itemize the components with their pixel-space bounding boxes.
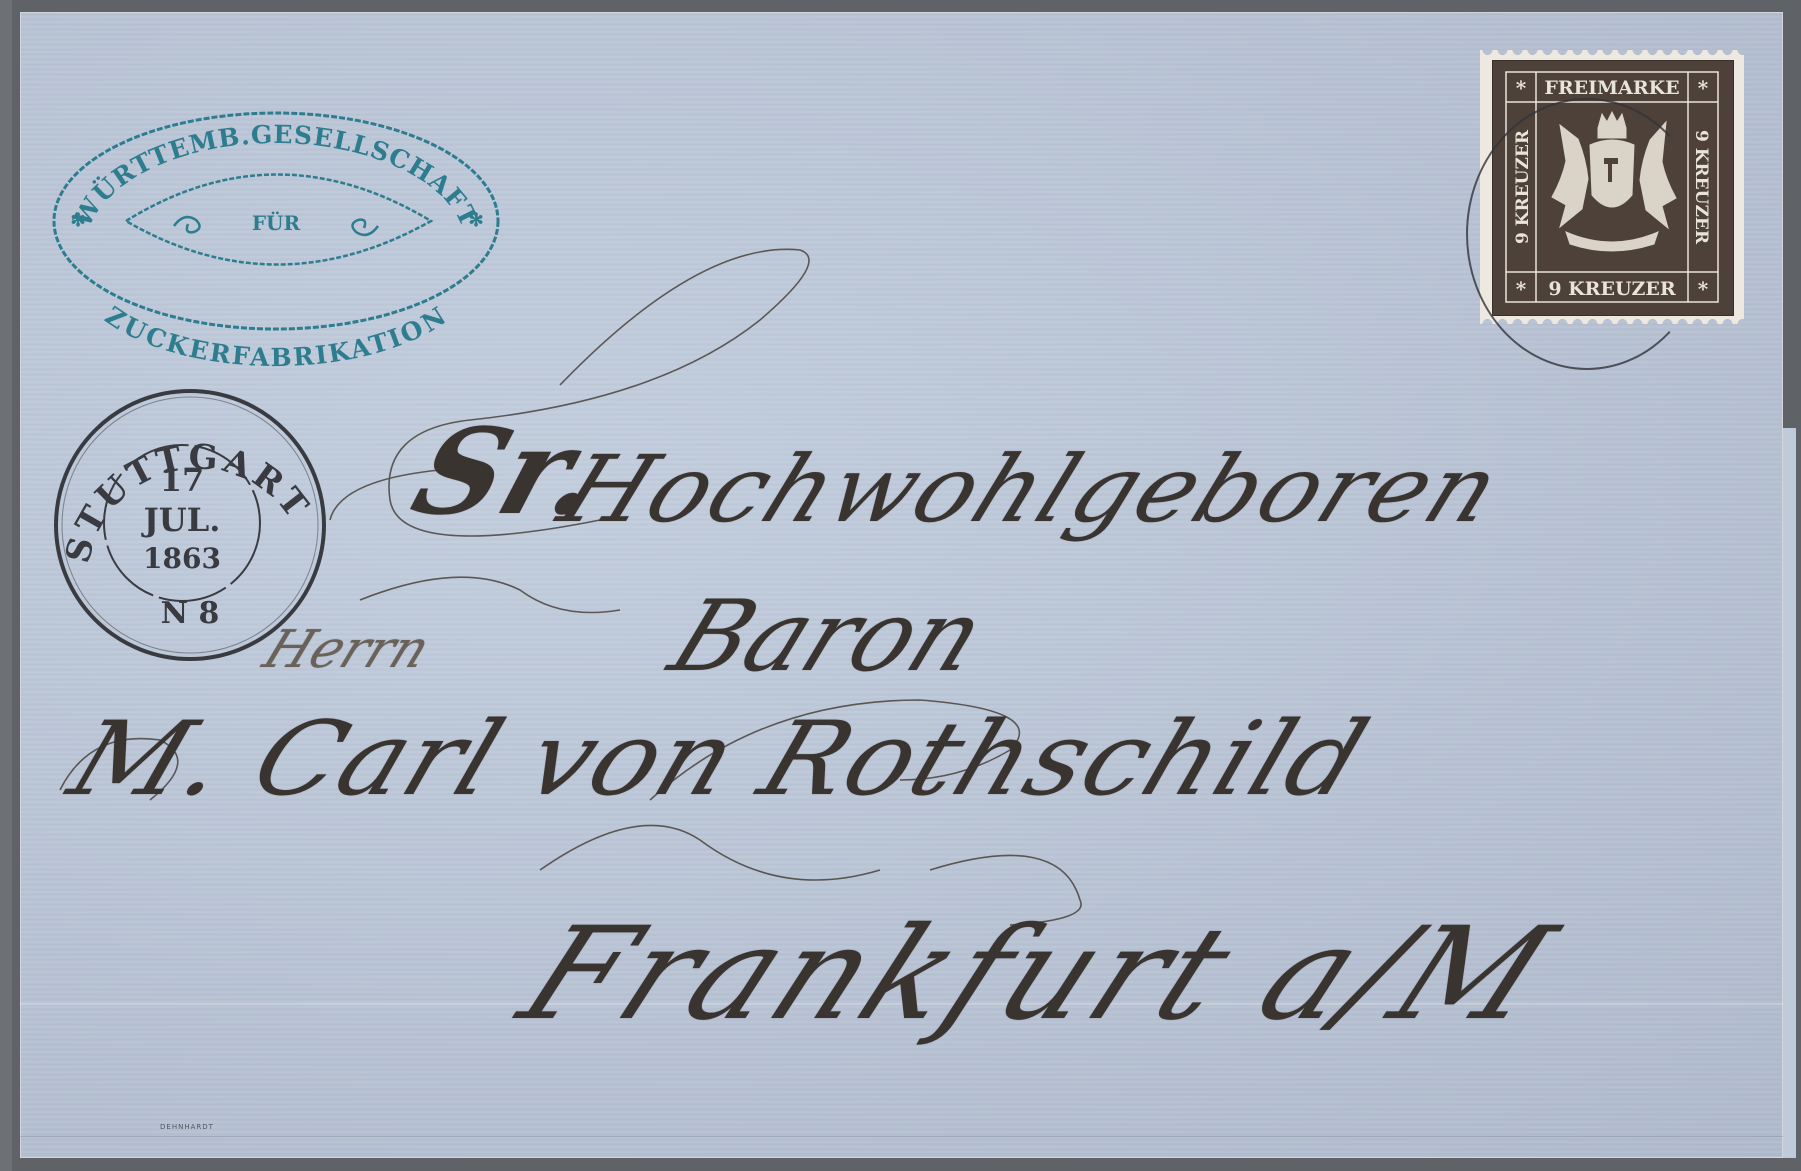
postmark-year: 1863 [143, 542, 221, 575]
fold-line [20, 1136, 1783, 1137]
background-edge [0, 0, 12, 1171]
svg-text:✻: ✻ [468, 210, 483, 231]
postmark-day: 17 [160, 461, 205, 499]
address-line-hochwohlgeboren: Hochwohlgeboren [545, 436, 1517, 543]
company-handstamp: WÜRTTEMB.GESELLSCHAFT ZUCKERFABRIKATION … [46, 108, 506, 334]
address-line-herrn: Herrn [255, 620, 439, 680]
svg-text:*: * [1698, 76, 1709, 100]
stamp-corner-star: * [1516, 76, 1527, 100]
address-line-city: Frankfurt a/M [500, 900, 1577, 1049]
company-stamp-middle-text: FÜR [252, 210, 301, 235]
postmark-month: JUL. [141, 501, 221, 539]
address-line-baron: Baron [655, 580, 1000, 694]
stamp-cancellation [1466, 98, 1708, 370]
stamp-top-label: FREIMARKE [1544, 77, 1679, 99]
address-line-name: M. Carl von Rothschild [55, 700, 1383, 819]
postmark-time: N 8 [161, 596, 220, 631]
svg-text:✻: ✻ [70, 210, 85, 231]
printer-mark: DEHNHARDT [160, 1123, 214, 1131]
